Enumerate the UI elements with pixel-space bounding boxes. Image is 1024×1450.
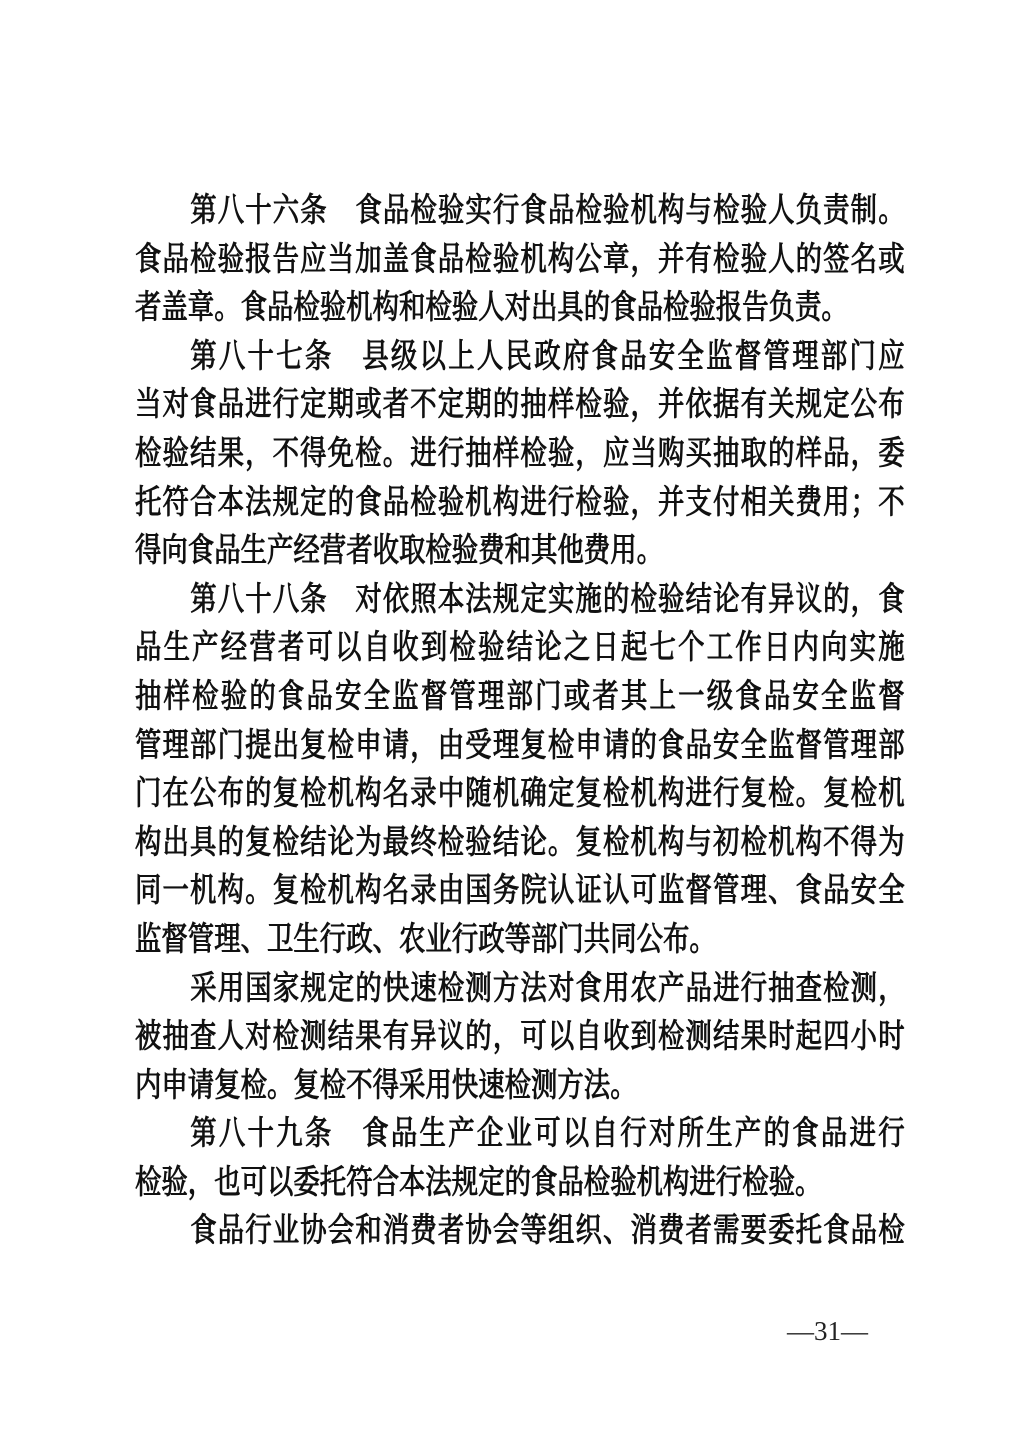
text-line: 构出具的复检结论为最终检验结论。复检机构与初检机构不得为: [135, 818, 905, 867]
text-line: 管理部门提出复检申请，由受理复检申请的食品安全监督管理部: [135, 721, 905, 770]
text-line: 当对食品进行定期或者不定期的抽样检验，并依据有关规定公布: [135, 380, 905, 429]
text-line: 者盖章。食品检验机构和检验人对出具的食品检验报告负责。: [135, 283, 905, 332]
page-number: —31—: [0, 1316, 868, 1347]
text-line: 被抽查人对检测结果有异议的，可以自收到检测结果时起四小时: [135, 1012, 905, 1061]
text-line: 第八十八条 对依照本法规定实施的检验结论有异议的，食: [135, 575, 905, 624]
text-line: 第八十六条 食品检验实行食品检验机构与检验人负责制。: [135, 186, 905, 235]
text-line: 同一机构。复检机构名录由国务院认证认可监督管理、食品安全: [135, 866, 905, 915]
text-line: 采用国家规定的快速检测方法对食用农产品进行抽查检测，: [135, 964, 905, 1013]
text-line: 得向食品生产经营者收取检验费和其他费用。: [135, 526, 905, 575]
text-line: 品生产经营者可以自收到检验结论之日起七个工作日内向实施: [135, 623, 905, 672]
text-line: 门在公布的复检机构名录中随机确定复检机构进行复检。复检机: [135, 769, 905, 818]
text-line: 监督管理、卫生行政、农业行政等部门共同公布。: [135, 915, 905, 964]
text-line: 第八十九条 食品生产企业可以自行对所生产的食品进行: [135, 1109, 905, 1158]
text-line: 抽样检验的食品安全监督管理部门或者其上一级食品安全监督: [135, 672, 905, 721]
document-body: 第八十六条 食品检验实行食品检验机构与检验人负责制。食品检验报告应当加盖食品检验…: [135, 186, 905, 1255]
text-line: 内申请复检。复检不得采用快速检测方法。: [135, 1061, 905, 1110]
text-line: 食品检验报告应当加盖食品检验机构公章，并有检验人的签名或: [135, 235, 905, 284]
text-line: 检验结果，不得免检。进行抽样检验，应当购买抽取的样品，委: [135, 429, 905, 478]
text-line: 托符合本法规定的食品检验机构进行检验，并支付相关费用；不: [135, 478, 905, 527]
text-line: 检验，也可以委托符合本法规定的食品检验机构进行检验。: [135, 1158, 905, 1207]
text-line: 食品行业协会和消费者协会等组织、消费者需要委托食品检: [135, 1206, 905, 1255]
text-line: 第八十七条 县级以上人民政府食品安全监督管理部门应: [135, 332, 905, 381]
